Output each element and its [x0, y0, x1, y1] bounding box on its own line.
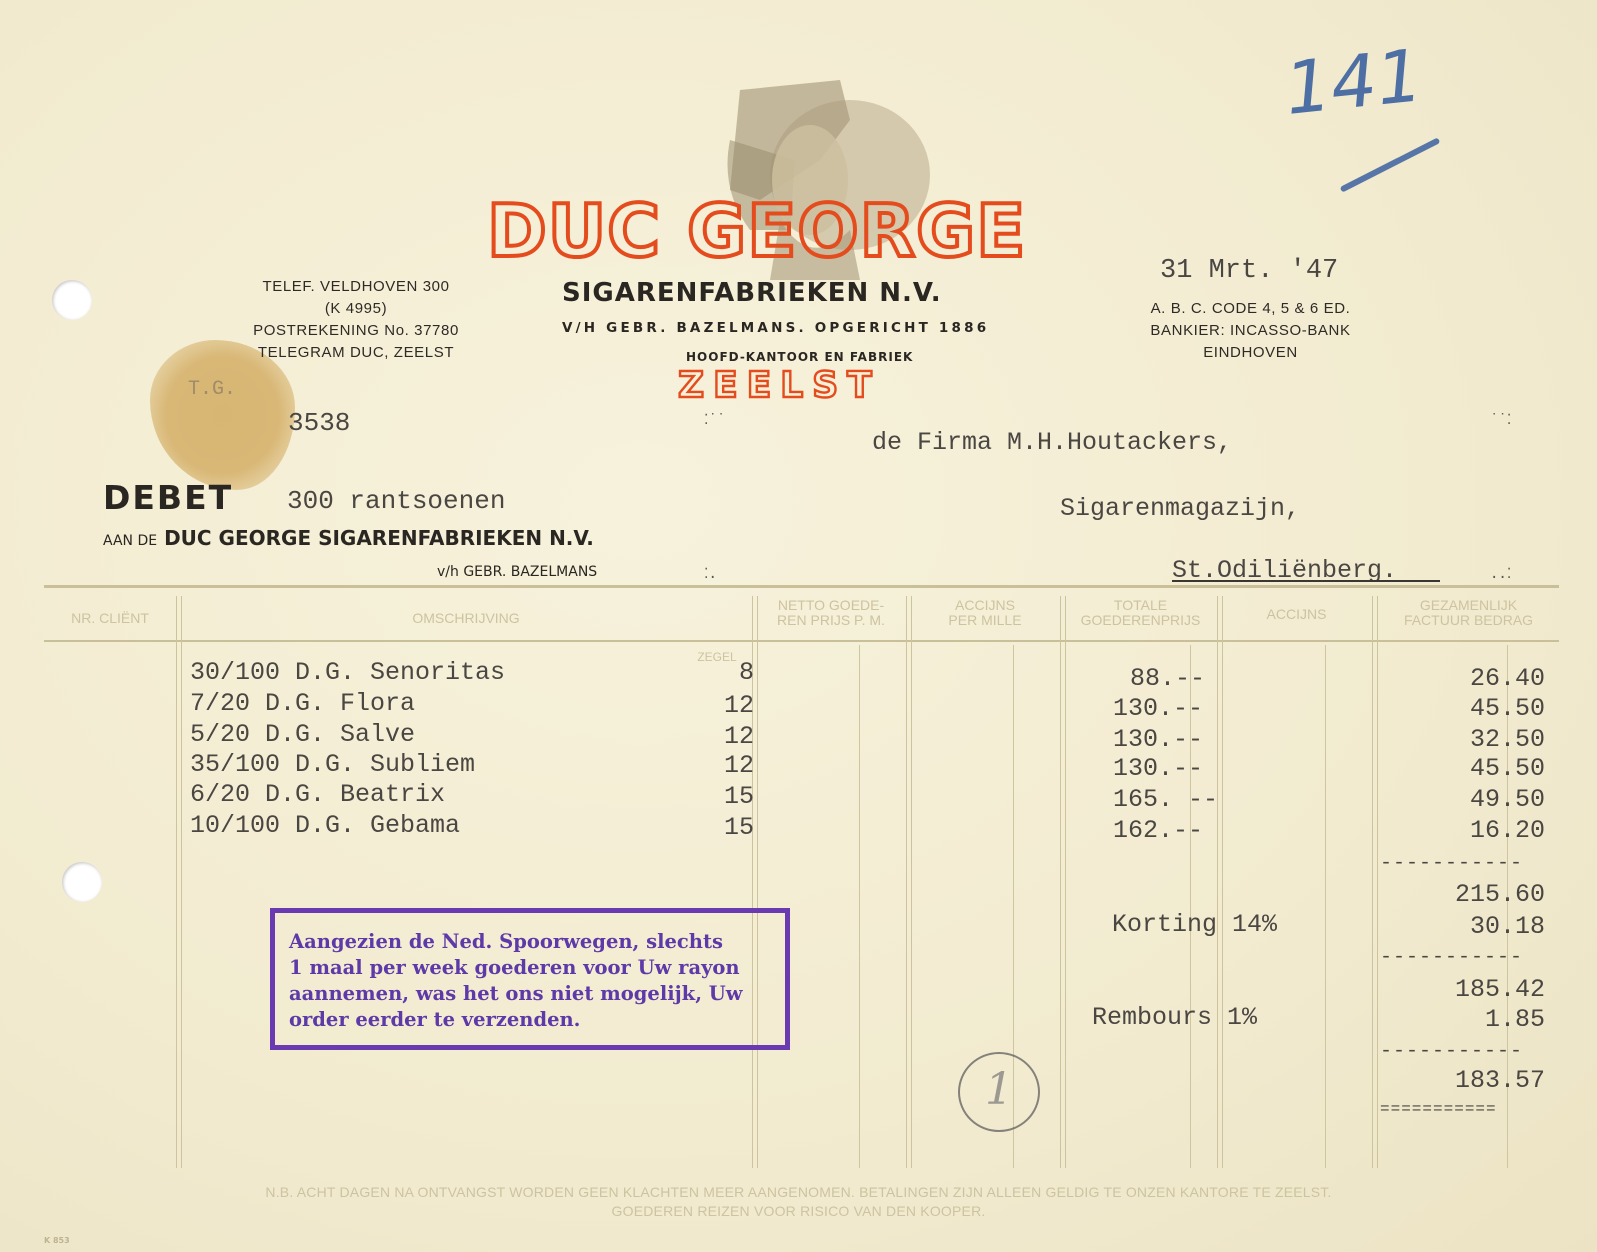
- header-netto: NETTO GOEDE-REN PRIJS P. M.: [756, 598, 906, 628]
- contact-k: (K 4995): [240, 298, 472, 320]
- separator-2: -----------: [1380, 946, 1567, 969]
- banker: BANKIER: INCASSO-BANK: [1128, 320, 1373, 342]
- debet-label: DEBET: [103, 478, 233, 517]
- rembours-amount: 1.85: [1390, 1005, 1545, 1034]
- abc-code: A. B. C. CODE 4, 5 & 6 ED.: [1128, 298, 1373, 320]
- header-accijns: ACCIJNS: [1221, 607, 1372, 622]
- table-top-rule: [44, 585, 1559, 588]
- stained-text: T.G.: [188, 378, 236, 401]
- brand-logo: DUC GEORGE: [487, 195, 1026, 267]
- circled-mark: 1: [958, 1052, 1040, 1132]
- korting-amount: 30.18: [1390, 912, 1545, 941]
- footer-line-2: GOEDEREN REIZEN VOOR RISICO VAN DEN KOOP…: [0, 1203, 1597, 1219]
- contact-telegram: TELEGRAM DUC, ZEELST: [240, 342, 472, 364]
- table-header-rule: [44, 640, 1559, 642]
- contact-right: A. B. C. CODE 4, 5 & 6 ED. BANKIER: INCA…: [1128, 298, 1373, 364]
- debet-note: 300 rantsoenen: [287, 486, 505, 516]
- contact-left: TELEF. VELDHOVEN 300 (K 4995) POSTREKENI…: [240, 276, 472, 364]
- recipient-underline: [1172, 580, 1440, 582]
- office-label: HOOFD-KANTOOR EN FABRIEK: [686, 350, 913, 364]
- aan-de-line: AAN DE DUC GEORGE SIGARENFABRIEKEN N.V.: [103, 526, 594, 550]
- recipient-name: de Firma M.H.Houtackers,: [872, 428, 1232, 457]
- aan-de-sub: v/h GEBR. BAZELMANS: [437, 564, 597, 580]
- city-logo: ZEELST: [678, 368, 881, 404]
- header-totale: TOTALEGOEDERENPRIJS: [1064, 598, 1217, 628]
- company-tagline: V/H GEBR. BAZELMANS. OPGERICHT 1886: [562, 320, 989, 336]
- aan-de-company: DUC GEORGE SIGARENFABRIEKEN N.V.: [164, 526, 594, 550]
- company-name: SIGARENFABRIEKEN N.V.: [562, 278, 942, 308]
- rembours-label: Rembours 1%: [1092, 1003, 1257, 1032]
- subtotal-amount: 215.60: [1390, 880, 1545, 909]
- form-code: K 853: [44, 1236, 70, 1245]
- separator-1: -----------: [1380, 852, 1567, 875]
- after-korting-amount: 185.42: [1390, 975, 1545, 1004]
- aan-de-prefix: AAN DE: [103, 533, 157, 549]
- contact-postrekening: POSTREKENING No. 37780: [240, 320, 472, 342]
- punch-hole-bottom: [62, 862, 102, 902]
- total-double-line: ===========: [1380, 1100, 1567, 1118]
- delivery-notice-stamp: Aangezien de Ned. Spoorwegen, slechts 1 …: [270, 908, 790, 1050]
- header-omschrijving: OMSCHRIJVING: [180, 611, 752, 626]
- separator-3: -----------: [1380, 1040, 1567, 1063]
- recipient-business: Sigarenmagazijn,: [1060, 494, 1300, 523]
- header-accijns-per-mille: ACCIJNSPER MILLE: [910, 598, 1060, 628]
- korting-label: Korting 14%: [1112, 910, 1277, 939]
- invoice-number: 3538: [288, 408, 350, 438]
- footer-line-1: N.B. ACHT DAGEN NA ONTVANGST WORDEN GEEN…: [0, 1184, 1597, 1200]
- total-amount: 183.57: [1390, 1066, 1545, 1095]
- bank-city: EINDHOVEN: [1128, 342, 1373, 364]
- invoice-document: T.G. 141 DUC GEORGE SIGARENFABRIEKEN N.V…: [0, 0, 1597, 1252]
- header-nr-client: NR. CLIËNT: [44, 611, 176, 626]
- handwritten-underline: [1340, 137, 1441, 192]
- invoice-date: 31 Mrt. '47: [1160, 256, 1338, 286]
- handwritten-number: 141: [1281, 33, 1426, 131]
- contact-phone: TELEF. VELDHOVEN 300: [240, 276, 472, 298]
- header-gezamenlijk: GEZAMENLIJKFACTUUR BEDRAG: [1376, 598, 1561, 628]
- punch-hole-top: [52, 280, 92, 320]
